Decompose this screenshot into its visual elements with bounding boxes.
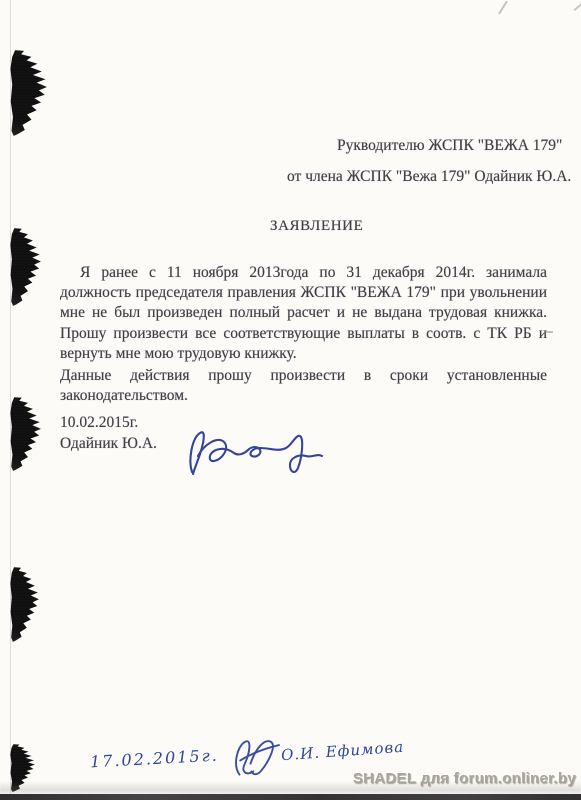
body-line: должность председателя правления ЖСПК "В…: [60, 283, 547, 303]
body-line: мне не был произведен полный расчет и не…: [60, 303, 547, 323]
body-line: Данные действия прошу произвести в сроки…: [60, 366, 547, 386]
scan-scratch-mark: [498, 1, 508, 15]
paper-edge-line: [10, 0, 11, 794]
body-line: Прошу произвести все соответствующие вып…: [60, 324, 547, 344]
body-paragraph-1: Я ранее с 11 ноября 2013года по 31 декаб…: [60, 263, 547, 364]
document-date: 10.02.2015г.: [60, 413, 138, 433]
binding-toner-mark: [10, 567, 39, 642]
body-line: Я ранее с 11 ноября 2013года по 31 декаб…: [60, 263, 547, 283]
signer-name: Одайник Ю.А.: [60, 434, 157, 454]
sender-line: от члена ЖСПК "Вежа 179" Одайник Ю.А.: [287, 167, 571, 187]
scanned-document-page: Рукводителю ЖСПК "ВЕЖА 179" от члена ЖСП…: [0, 0, 581, 800]
handwritten-approver-name: О.И. Ефимова: [281, 738, 405, 765]
binding-toner-mark: [10, 397, 41, 471]
addressee-line: Рукводителю ЖСПК "ВЕЖА 179": [337, 136, 562, 156]
body-paragraph-2: Данные действия прошу произвести в сроки…: [60, 366, 547, 406]
scan-bottom-strip: [0, 794, 581, 800]
scan-margin-mark: [544, 331, 553, 333]
binding-toner-mark: [10, 228, 41, 306]
binding-toner-mark: [10, 50, 47, 136]
document-title: ЗАЯВЛЕНИЕ: [270, 216, 363, 236]
handwritten-approval-date: 17.02.2015г.: [90, 746, 220, 772]
scan-bottom-shading: [0, 781, 581, 794]
applicant-signature-ink: [178, 420, 328, 482]
body-line: вернуть мне мою трудовую книжку.: [60, 344, 547, 364]
body-line: законодательством.: [60, 386, 547, 406]
scan-corner-mark: [574, 3, 581, 11]
